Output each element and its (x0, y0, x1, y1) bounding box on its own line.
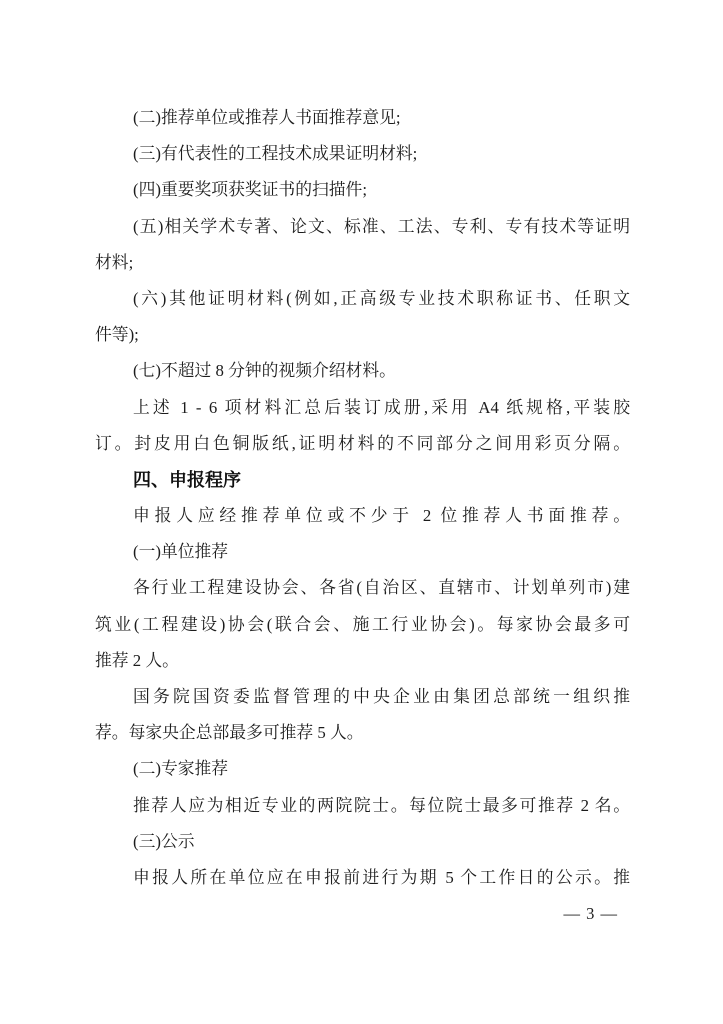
sub-heading: (二)专家推荐 (95, 751, 630, 787)
text-line: 上述 1 - 6 项材料汇总后装订成册,采用 A4 纸规格,平装胶 (95, 390, 630, 426)
text-line: (五)相关学术专著、论文、标准、工法、专利、专有技术等证明 (95, 209, 630, 245)
text-line: 申报人所在单位应在申报前进行为期 5 个工作日的公示。推 (95, 860, 630, 896)
section-heading: 四、申报程序 (95, 462, 630, 498)
text-line: 筑业(工程建设)协会(联合会、施工行业协会)。每家协会最多可 (95, 607, 630, 643)
text-line: (七)不超过 8 分钟的视频介绍材料。 (95, 353, 630, 389)
text-line: 件等); (95, 317, 630, 353)
text-line: 订。封皮用白色铜版纸,证明材料的不同部分之间用彩页分隔。 (95, 426, 630, 462)
sub-heading: (一)单位推荐 (95, 534, 630, 570)
text-line: 材料; (95, 245, 630, 281)
text-line: 荐。每家央企总部最多可推荐 5 人。 (95, 715, 630, 751)
text-line: (六)其他证明材料(例如,正高级专业技术职称证书、任职文 (95, 281, 630, 317)
document-page: (二)推荐单位或推荐人书面推荐意见; (三)有代表性的工程技术成果证明材料; (… (0, 0, 723, 1024)
text-line: (四)重要奖项获奖证书的扫描件; (95, 172, 630, 208)
text-line: 国务院国资委监督管理的中央企业由集团总部统一组织推 (95, 679, 630, 715)
text-line: 推荐人应为相近专业的两院院士。每位院士最多可推荐 2 名。 (95, 788, 630, 824)
text-line: (三)有代表性的工程技术成果证明材料; (95, 136, 630, 172)
text-line: 申报人应经推荐单位或不少于 2 位推荐人书面推荐。 (95, 498, 630, 534)
text-line: 各行业工程建设协会、各省(自治区、直辖市、计划单列市)建 (95, 570, 630, 606)
text-column: (二)推荐单位或推荐人书面推荐意见; (三)有代表性的工程技术成果证明材料; (… (95, 100, 630, 932)
sub-heading: (三)公示 (95, 824, 630, 860)
text-line: 推荐 2 人。 (95, 643, 630, 679)
page-number: — 3 — (95, 896, 630, 932)
text-line: (二)推荐单位或推荐人书面推荐意见; (95, 100, 630, 136)
